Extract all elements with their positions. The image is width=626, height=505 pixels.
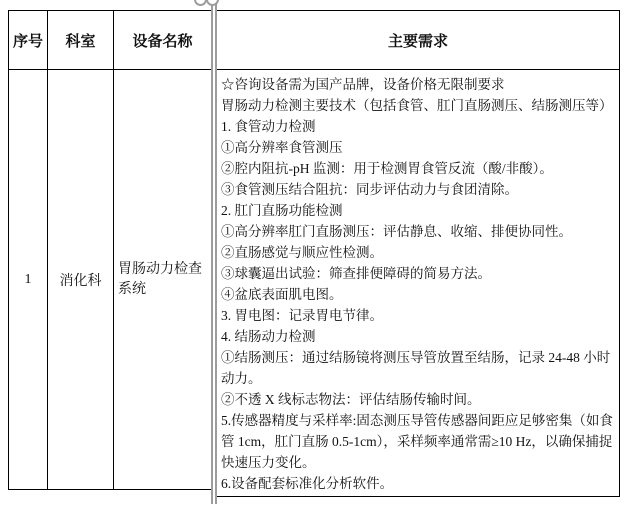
- header-seq: 序号: [9, 11, 48, 70]
- divider-handle-circle-left[interactable]: [194, 0, 207, 6]
- requirement-line: 3. 胃电图：记录胃电节律。: [221, 305, 617, 326]
- cell-department: 消化科: [48, 70, 114, 489]
- header-requirements: 主要需求: [217, 11, 619, 70]
- requirement-line: 4. 结肠动力检测: [221, 326, 617, 347]
- header-device-name: 设备名称: [114, 11, 211, 70]
- requirement-line: ④盆底表面肌电图。: [221, 284, 617, 305]
- requirement-line: ☆咨询设备需为国产品牌，设备价格无限制要求: [221, 74, 617, 95]
- requirement-line: 2. 肛门直肠功能检测: [221, 200, 617, 221]
- document-page: 序号 科室 设备名称 1 消化科 胃肠动力检查系统 主要需求 ☆咨询设备需为国产…: [0, 0, 626, 505]
- divider-handle-circle-right[interactable]: [206, 0, 219, 6]
- requirement-line: 6.设备配套标准化分析软件。: [221, 473, 617, 494]
- cell-requirements: ☆咨询设备需为国产品牌，设备价格无限制要求 胃肠动力检测主要技术（包括食管、肛门…: [217, 70, 619, 494]
- requirement-line: 1. 食管动力检测: [221, 116, 617, 137]
- requirement-line: 胃肠动力检测主要技术（包括食管、肛门直肠测压、结肠测压等）: [221, 95, 617, 116]
- requirement-line: ③球囊逼出试验：筛查排便障碍的简易方法。: [221, 263, 617, 284]
- requirement-line: ②腔内阻抗-pH 监测：用于检测胃食管反流（酸/非酸）。: [221, 158, 617, 179]
- requirement-line: ①高分辨率肛门直肠测压：评估静息、收缩、排便协同性。: [221, 221, 617, 242]
- requirement-line: 5.传感器精度与采样率:固态测压导管传感器间距应足够密集（如食管 1cm，肛门直…: [221, 410, 617, 473]
- requirement-line: ②直肠感觉与顺应性检测。: [221, 242, 617, 263]
- header-department: 科室: [48, 11, 114, 70]
- cell-device-name: 胃肠动力检查系统: [114, 70, 211, 489]
- requirement-line: ①结肠测压：通过结肠镜将测压导管放置至结肠，记录 24-48 小时动力。: [221, 347, 617, 389]
- column-divider-double-line: [211, 4, 217, 504]
- requirement-line: ③食管测压结合阻抗：同步评估动力与食团清除。: [221, 179, 617, 200]
- equipment-table-requirements-column: 主要需求 ☆咨询设备需为国产品牌，设备价格无限制要求 胃肠动力检测主要技术（包括…: [217, 10, 620, 497]
- equipment-table-left-columns: 序号 科室 设备名称 1 消化科 胃肠动力检查系统: [8, 10, 211, 490]
- requirement-line: ②不透 X 线标志物法：评估结肠传输时间。: [221, 389, 617, 410]
- cell-seq: 1: [9, 70, 48, 489]
- requirement-line: ①高分辨率食管测压: [221, 137, 617, 158]
